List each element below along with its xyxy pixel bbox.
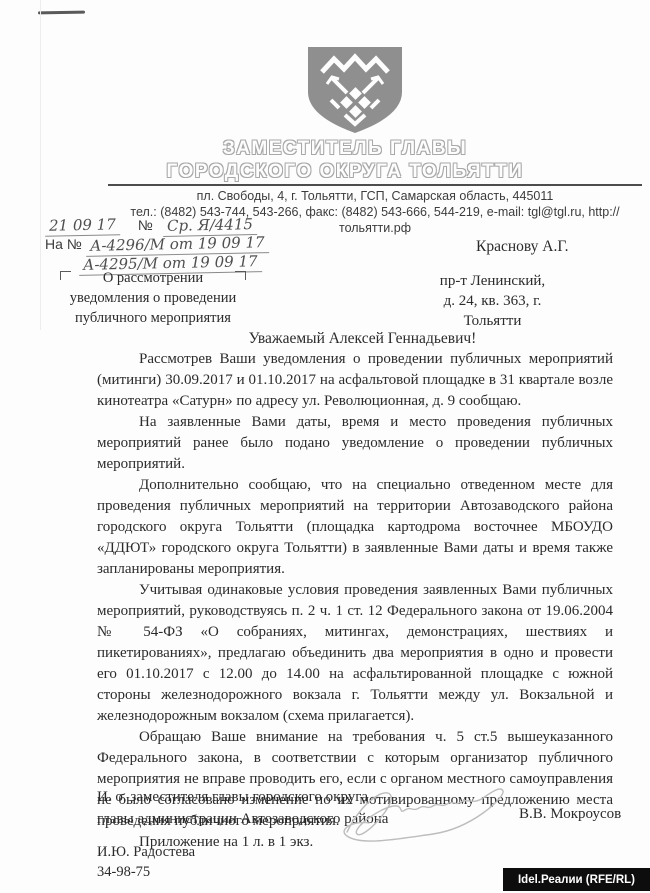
registration-block: 21 09 17 № Ср. Я/4415 На № А-4296/М от 1…: [45, 216, 268, 273]
signatory-name: В.В. Мокроусов: [519, 806, 621, 823]
letterhead-org-title: ЗАМЕСТИТЕЛЬ ГЛАВЫ ГОРОДСКОГО ОКРУГА ТОЛЬ…: [40, 137, 650, 183]
executor-name: И.Ю. Радостева: [97, 842, 195, 862]
executor-block: И.Ю. Радостева 34-98-75: [97, 842, 195, 882]
recipient-address-line1: пр-т Ленинский,: [415, 271, 570, 291]
outgoing-date-handwritten: 21 09 17: [45, 215, 120, 237]
paragraph-4: Учитывая одинаковые условия проведения з…: [97, 580, 613, 727]
subject-line3: публичного мероприятия: [58, 308, 248, 328]
tolyatti-coat-of-arms-icon: [301, 46, 409, 139]
executor-phone: 34-98-75: [97, 862, 195, 882]
subject-line1-row: О рассмотрении: [58, 268, 248, 288]
org-title-line2: ГОРОДСКОГО ОКРУГА ТОЛЬЯТТИ: [40, 160, 650, 183]
recipient-address-line2: д. 24, кв. 363, г. Тольятти: [415, 291, 570, 331]
subject-line1: О рассмотрении: [103, 270, 203, 286]
letter-body: Рассмотрев Ваши уведомления о проведении…: [97, 349, 613, 853]
subject-line2: уведомления о проведении: [58, 288, 248, 308]
registration-row-reply1: На № А-4296/М от 19 09 17: [45, 235, 268, 254]
paragraph-2: На заявленные Вами даты, время и место п…: [97, 412, 613, 475]
in-reply-label: На №: [45, 236, 82, 252]
paragraph-3: Дополнительно сообщаю, что на специально…: [97, 475, 613, 580]
salutation: Уважаемый Алексей Геннадьевич!: [0, 330, 650, 348]
scan-artifact-dash: [38, 11, 85, 15]
letterhead-address-line1: пл. Свободы, 4, г. Тольятти, ГСП, Самарс…: [100, 188, 650, 204]
news-agency-watermark: Idel.Реалии (RFE/RL): [503, 868, 650, 891]
handwritten-signature-icon: [333, 782, 533, 859]
reference-corner-right-icon: [235, 271, 246, 280]
letterhead-divider: [108, 184, 642, 186]
registration-row-outgoing: 21 09 17 № Ср. Я/4415: [45, 216, 268, 235]
subject-block: О рассмотрении уведомления о проведении …: [58, 268, 248, 328]
number-label: №: [138, 217, 153, 233]
scanned-letter-page: ЗАМЕСТИТЕЛЬ ГЛАВЫ ГОРОДСКОГО ОКРУГА ТОЛЬ…: [0, 0, 650, 893]
org-title-line1: ЗАМЕСТИТЕЛЬ ГЛАВЫ: [40, 137, 650, 160]
reference-corner-left-icon: [60, 271, 71, 280]
recipient-address: пр-т Ленинский, д. 24, кв. 363, г. Толья…: [415, 271, 570, 331]
paragraph-1: Рассмотрев Ваши уведомления о проведении…: [97, 349, 613, 412]
recipient-name: Краснову А.Г.: [476, 238, 568, 256]
